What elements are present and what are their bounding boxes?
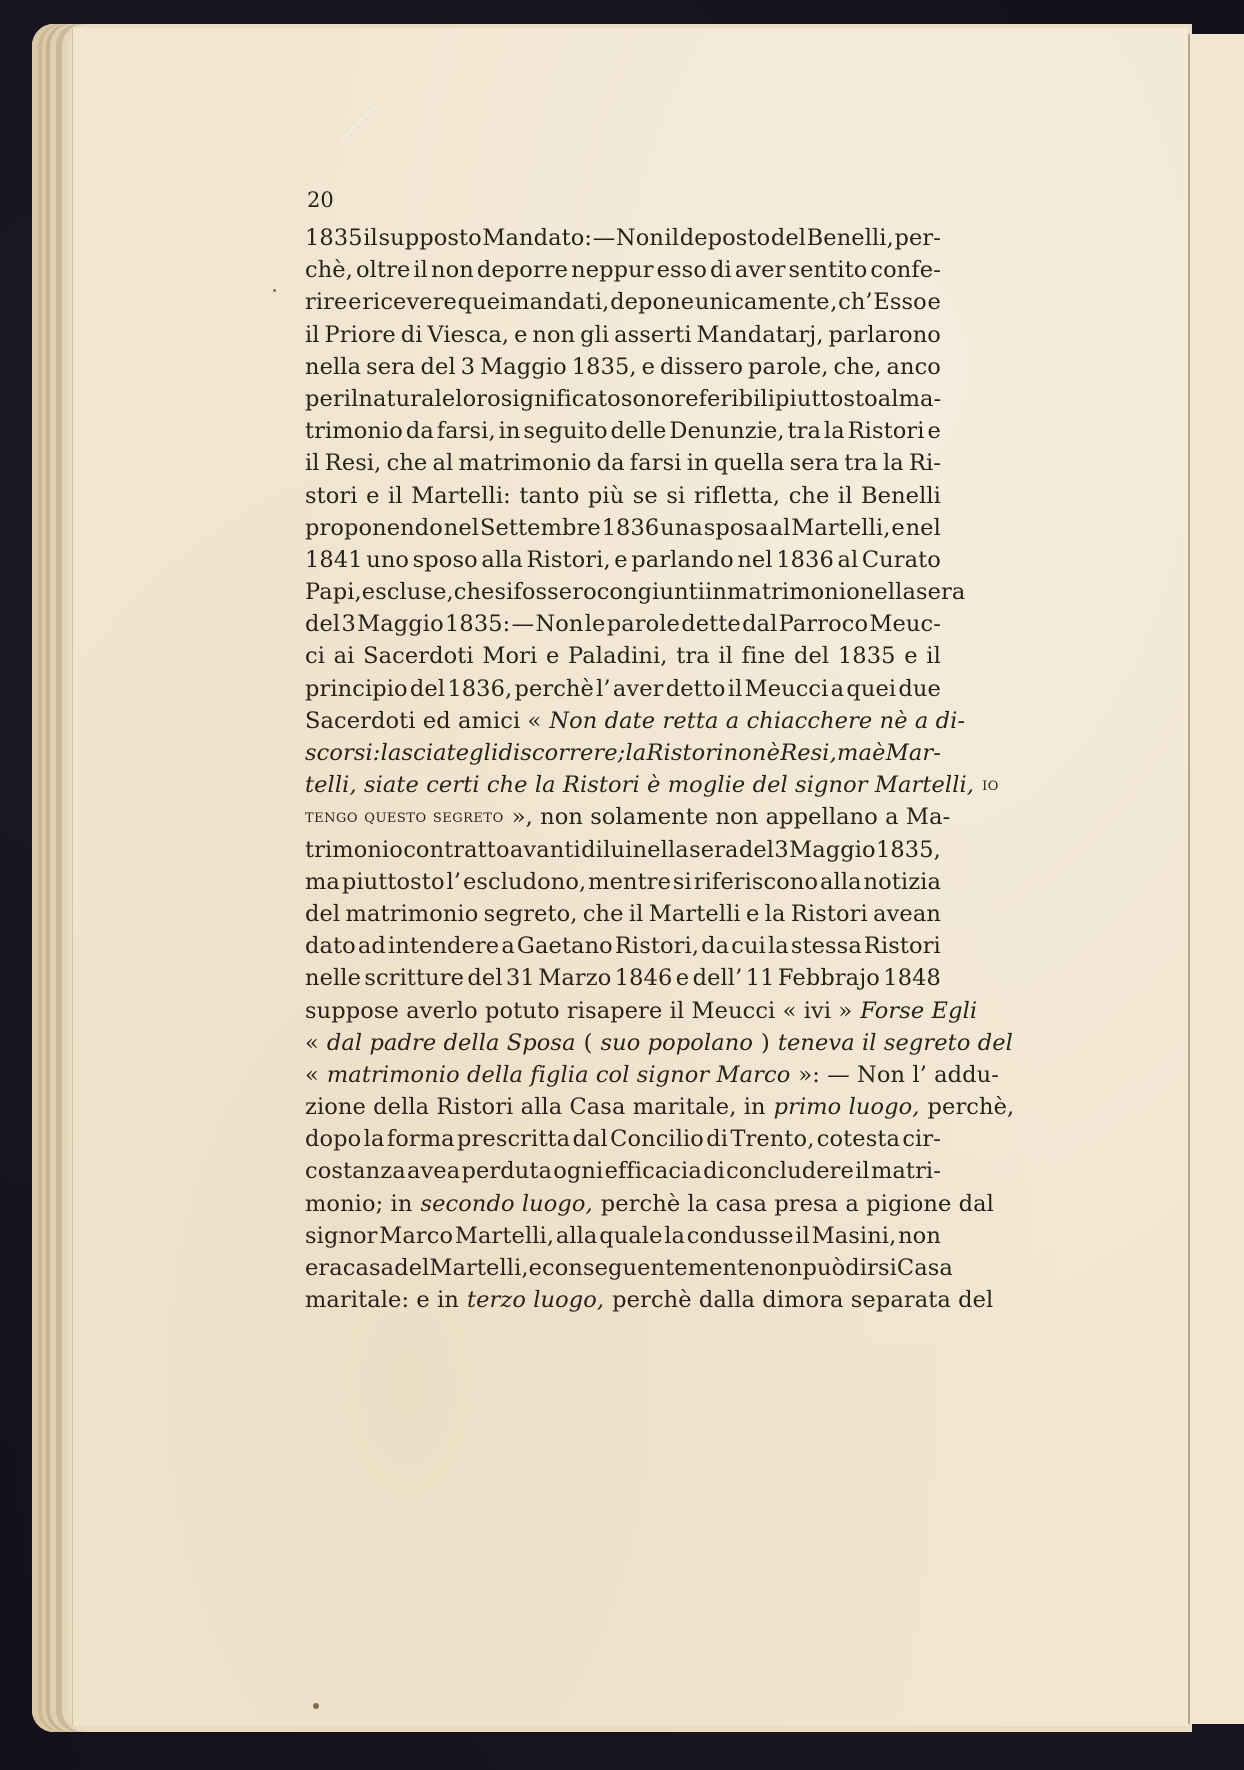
text-line: nellaseradel3Maggio1835,edisseroparole,c…	[305, 351, 941, 383]
italic-quote: telli, siate certi che la Ristori è mogl…	[305, 769, 974, 801]
italic-quote: Forse Egli	[860, 995, 977, 1027]
small-caps-run: tengo questo segreto	[305, 801, 504, 833]
text-run: «	[305, 1027, 319, 1059]
text-run: monio; in	[305, 1188, 412, 1220]
text-run: Sacerdoti ed amici «	[305, 705, 541, 737]
text-run: »: — Non l’ addu-	[798, 1059, 999, 1091]
text-line: ciaiSacerdotiMoriePaladini,trailfinedel1…	[305, 640, 941, 672]
text-run: perchè,	[928, 1091, 1015, 1123]
text-line: perilnaturalelorosignificatosonoreferibi…	[305, 383, 941, 415]
page-text: 20 1835ilsuppostoMandato:—Nonildepostode…	[305, 186, 941, 1316]
text-line: rireericeverequeimandati,deponeunicament…	[305, 286, 941, 318]
text-line: signorMarcoMartelli,allaqualelacondussei…	[305, 1220, 941, 1252]
text-line: Sacerdoti ed amici « Non date retta a ch…	[305, 705, 941, 737]
text-run: )	[761, 1027, 770, 1059]
text-run: suppose averlo potuto risapere il Meucci…	[305, 995, 852, 1027]
facing-page-edge	[1188, 34, 1244, 1724]
text-line: proponendonelSettembre1836unasposaalMart…	[305, 512, 941, 544]
text-line: dopolaformaprescrittadalConciliodiTrento…	[305, 1123, 941, 1155]
italic-quote: teneva il segreto del	[778, 1027, 1013, 1059]
italic-quote: suo popolano	[600, 1027, 752, 1059]
text-run: maritale: e in	[305, 1284, 459, 1316]
text-line: del3Maggio1835:—NonleparoledettedalParro…	[305, 608, 941, 640]
italic-emphasis: secondo luogo,	[420, 1188, 592, 1220]
text-line: Papi,escluse,chesifosserocongiuntiinmatr…	[305, 576, 941, 608]
italic-quote: dal padre della Sposa	[327, 1027, 576, 1059]
italic-quote: matrimonio della figlia col signor Marco	[327, 1059, 791, 1091]
text-run: zione della Ristori alla Casa maritale, …	[305, 1091, 766, 1123]
text-line: ilPriorediViesca,enongliassertiMandatarj…	[305, 319, 941, 351]
page-number: 20	[307, 186, 941, 222]
paper-crease	[340, 105, 376, 141]
text-line: nellescritturedel31Marzo1846edell’11Febb…	[305, 962, 941, 994]
italic-emphasis: terzo luogo,	[467, 1284, 604, 1316]
text-run: «	[305, 1059, 319, 1091]
text-line: costanzaaveaperdutaogniefficaciadiconclu…	[305, 1155, 941, 1187]
text-line: trimoniocontrattoavantidiluinellaseradel…	[305, 834, 941, 866]
text-run: (	[584, 1027, 593, 1059]
text-run: perchè la casa presa a pigione dal	[601, 1188, 994, 1220]
text-run: perchè dalla dimora separata del	[612, 1284, 993, 1316]
italic-quote-line: scorsi:lasciateglidiscorrere;laRistorino…	[305, 737, 941, 769]
text-line: zione della Ristori alla Casa maritale, …	[305, 1091, 941, 1123]
text-line: storieilMartelli:tantopiùsesirifletta,ch…	[305, 480, 941, 512]
text-line: 1841unosposoallaRistori,eparlandonel1836…	[305, 544, 941, 576]
text-line: 1835ilsuppostoMandato:—NonildepostodelBe…	[305, 222, 941, 254]
text-line: « dal padre della Sposa ( suo popolano )…	[305, 1027, 941, 1059]
ink-speck	[273, 289, 276, 292]
text-line: maritale: e in terzo luogo, perchè dalla…	[305, 1284, 941, 1316]
text-line: chè,oltreilnondeporreneppuressodiaversen…	[305, 254, 941, 286]
text-line: telli, siate certi che la Ristori è mogl…	[305, 769, 941, 801]
text-line: ilResi,chealmatrimoniodafarsiinquellaser…	[305, 447, 941, 479]
text-line: principiodel1836,perchèl’averdettoilMeuc…	[305, 673, 941, 705]
text-line: mapiuttostol’escludono,mentresiriferisco…	[305, 866, 941, 898]
text-line: datoadintendereaGaetanoRistori,dacuilast…	[305, 930, 941, 962]
text-line: eracasadelMartelli,econseguentementenonp…	[305, 1252, 941, 1284]
text-line: monio; in secondo luogo, perchè la casa …	[305, 1188, 941, 1220]
text-line: trimoniodafarsi,inseguitodelleDenunzie,t…	[305, 415, 941, 447]
text-line: tengo questo segreto », non solamente no…	[305, 801, 941, 833]
text-line: delmatrimoniosegreto,cheilMartellielaRis…	[305, 898, 941, 930]
text-line: « matrimonio della figlia col signor Mar…	[305, 1059, 941, 1091]
italic-emphasis: primo luogo,	[774, 1091, 920, 1123]
ink-stain	[313, 1703, 319, 1709]
text-line: suppose averlo potuto risapere il Meucci…	[305, 995, 941, 1027]
small-caps-run: io	[982, 769, 999, 801]
italic-quote: Non date retta a chiacchere nè a di-	[549, 705, 965, 737]
text-run: », non solamente non appellano a Ma-	[512, 801, 951, 833]
